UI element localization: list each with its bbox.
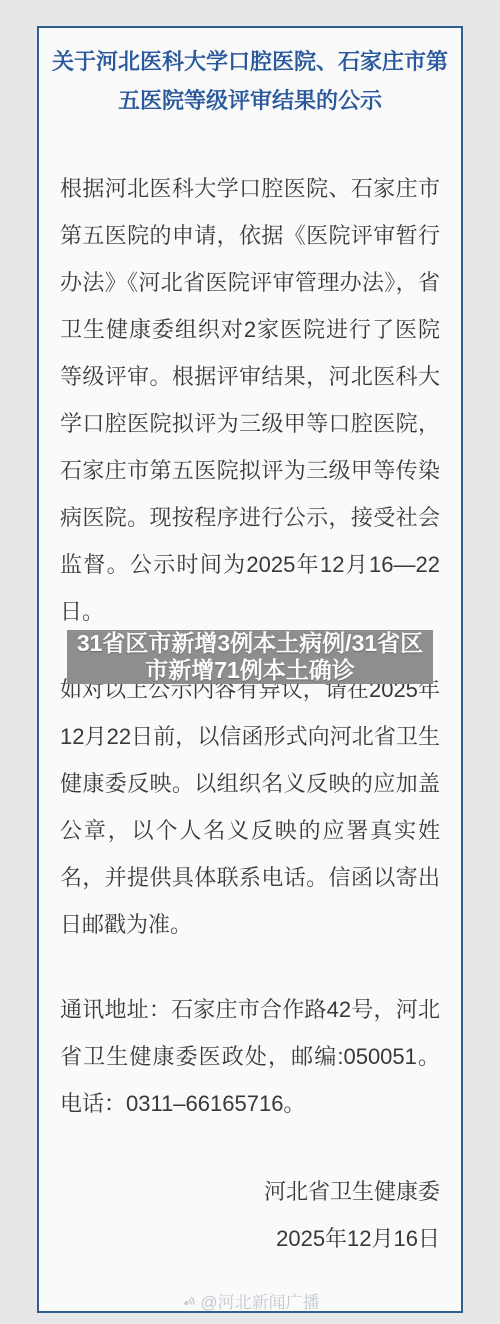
paragraph-contact-info: 通讯地址：石家庄市合作路42号，河北省卫生健康委医政处，邮编:050051。电话…: [60, 986, 440, 1127]
news-subtitle-banner: 31省区市新增3例本土病例/31省区市新增71例本土确诊: [67, 630, 433, 684]
announcement-title: 关于河北医科大学口腔医院、石家庄市第五医院等级评审结果的公示: [50, 42, 450, 120]
signature-block: 河北省卫生健康委 2025年12月16日: [60, 1168, 440, 1262]
signature-date: 2025年12月16日: [60, 1215, 440, 1262]
paragraph-objection-instructions: 如对以上公示内容有异议，请在2025年12月22日前，以信函形式向河北省卫生健康…: [60, 666, 440, 948]
signature-organization: 河北省卫生健康委: [60, 1168, 440, 1215]
paragraph-review-result: 根据河北医科大学口腔医院、石家庄市第五医院的申请，依据《医院评审暂行办法》《河北…: [60, 165, 440, 635]
announcement-screenshot: 关于河北医科大学口腔医院、石家庄市第五医院等级评审结果的公示 根据河北医科大学口…: [0, 0, 500, 1324]
source-watermark: @河北新闻广播: [180, 1288, 319, 1313]
broadcast-icon: [180, 1293, 196, 1309]
watermark-text: @河北新闻广播: [200, 1288, 319, 1313]
